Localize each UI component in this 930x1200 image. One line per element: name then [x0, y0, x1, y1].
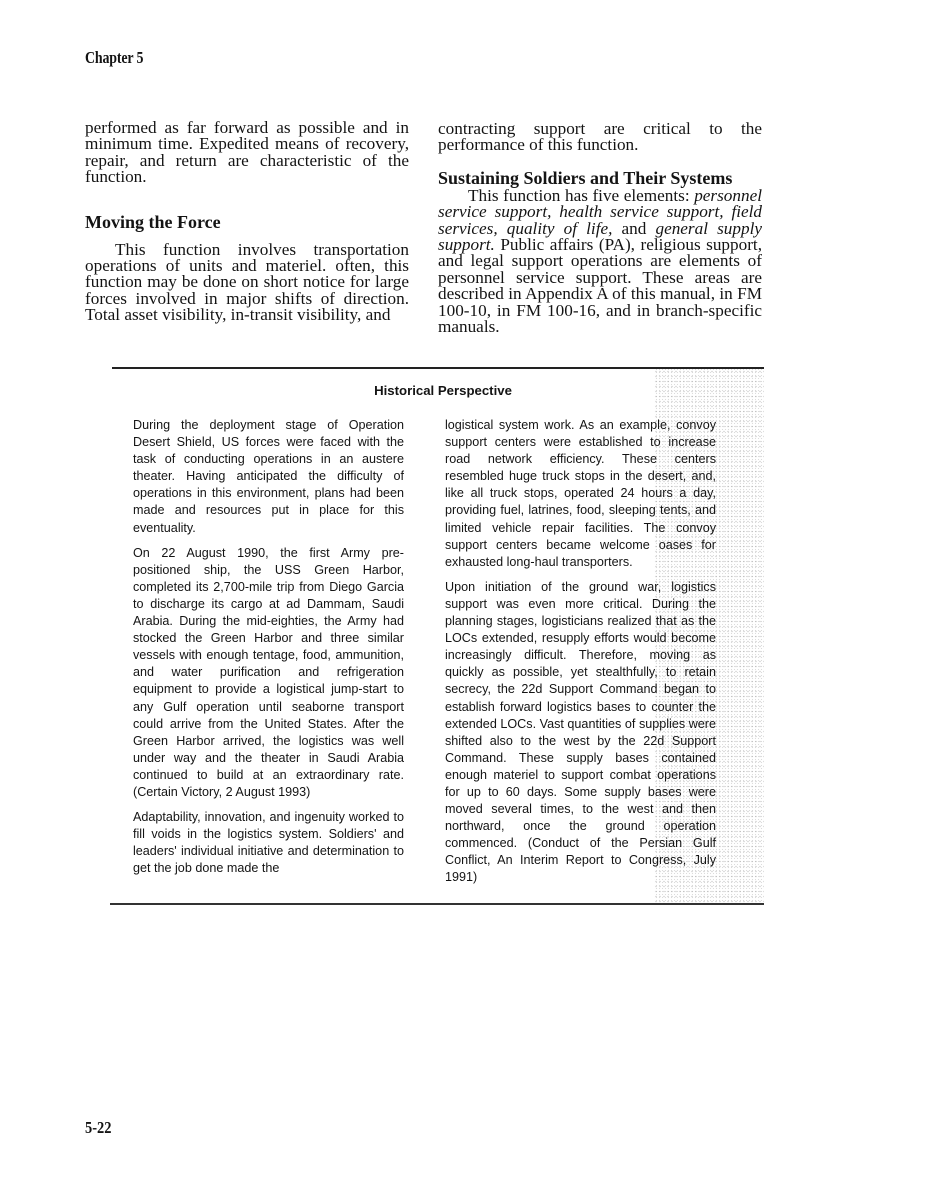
section-heading-sustaining-soldiers: Sustaining Soldiers and Their Systems — [438, 168, 762, 188]
sidebar-paragraph: During the deployment stage of Operation… — [133, 417, 404, 537]
continued-paragraph-right: contracting support are critical to the … — [438, 121, 762, 154]
sidebar-paragraph: Adaptability, innovation, and ingenuity … — [133, 809, 404, 877]
continued-paragraph: performed as far forward as possible and… — [85, 120, 409, 186]
sidebar-title: Historical Perspective — [112, 383, 764, 398]
sidebar-right-column: logistical system work. As an example, c… — [445, 417, 716, 895]
chapter-header: Chapter 5 — [85, 48, 143, 68]
historical-perspective-sidebar: Historical Perspective During the deploy… — [112, 367, 764, 905]
sidebar-left-column: During the deployment stage of Operation… — [133, 417, 404, 885]
moving-the-force-paragraph: This function involves transportation op… — [85, 242, 409, 324]
page-number: 5-22 — [85, 1118, 111, 1138]
sidebar-paragraph: On 22 August 1990, the first Army pre-po… — [133, 545, 404, 801]
sidebar-paragraph: logistical system work. As an example, c… — [445, 417, 716, 571]
sustaining-soldiers-paragraph: This function has five elements: personn… — [438, 188, 762, 336]
section-heading-moving-the-force: Moving the Force — [85, 212, 409, 232]
right-column: contracting support are critical to the … — [438, 121, 762, 335]
sidebar-bottom-rule — [110, 903, 764, 905]
left-column: performed as far forward as possible and… — [85, 120, 409, 324]
sidebar-paragraph: Upon initiation of the ground war, logis… — [445, 579, 716, 887]
